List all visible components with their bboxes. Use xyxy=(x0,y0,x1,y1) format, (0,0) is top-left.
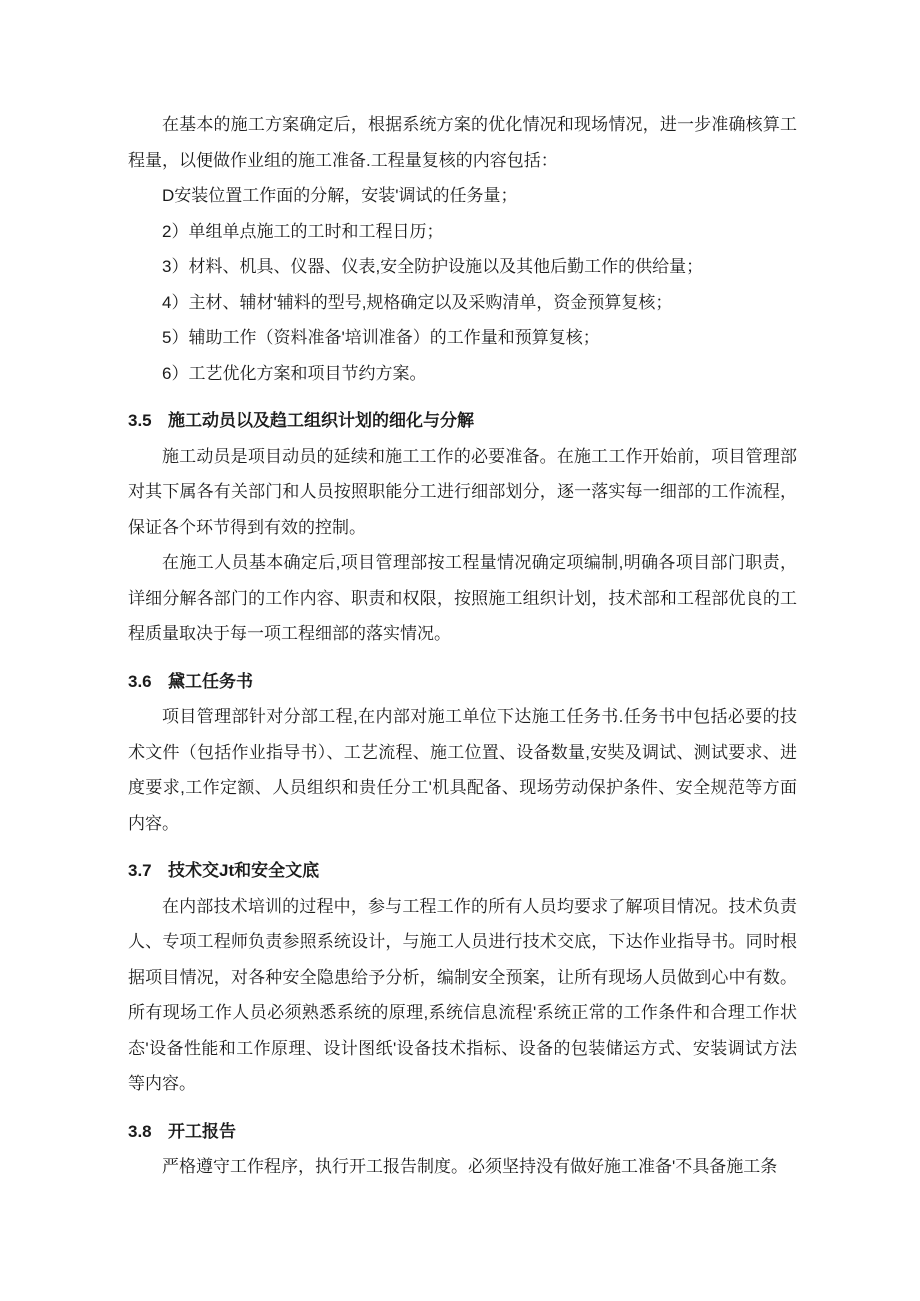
intro-paragraph: 在基本的施工方案确定后，根据系统方案的优化情况和现场情况，进一步准确核算工程量，… xyxy=(128,107,797,178)
section-number: 3.6 xyxy=(128,664,168,700)
section-heading-3-8: 3.8 开工报告 xyxy=(128,1114,797,1150)
section-title: 开工报告 xyxy=(168,1114,797,1150)
section-number: 3.7 xyxy=(128,853,168,889)
section-number: 3.8 xyxy=(128,1114,168,1150)
list-item: 6）工艺优化方案和项目节约方案。 xyxy=(128,356,797,392)
section-title: 黛工任务书 xyxy=(168,664,797,700)
list-item: 3）材料、机具、仪器、仪表,安全防护设施以及其他后勤工作的供给量； xyxy=(128,249,797,285)
section-title: 施工动员以及趋工组织计划的细化与分解 xyxy=(168,403,797,439)
section-heading-3-7: 3.7 技术交Jt和安全文底 xyxy=(128,853,797,889)
document-content: 在基本的施工方案确定后，根据系统方案的优化情况和现场情况，进一步准确核算工程量，… xyxy=(128,107,797,1185)
list-item: 5）辅助工作（资料准备'培训准备）的工作量和预算复核； xyxy=(128,320,797,356)
section-heading-3-5: 3.5 施工动员以及趋工组织计划的细化与分解 xyxy=(128,403,797,439)
body-paragraph: 施工动员是项目动员的延续和施工工作的必要准备。在施工工作开始前，项目管理部对其下… xyxy=(128,439,797,546)
body-paragraph: 严格遵守工作程序，执行开工报告制度。必须坚持没有做好施工准备'不具备施工条 xyxy=(128,1149,797,1185)
section-number: 3.5 xyxy=(128,403,168,439)
list-item: 2）单组单点施工的工时和工程日历； xyxy=(128,214,797,250)
section-title: 技术交Jt和安全文底 xyxy=(168,853,797,889)
body-paragraph: 在内部技术培训的过程中，参与工程工作的所有人员均要求了解项目情况。技术负责人、专… xyxy=(128,889,797,1102)
body-paragraph: 在施工人员基本确定后,项目管理部按工程量情况确定项编制,明确各项目部门职责，详细… xyxy=(128,545,797,652)
section-heading-3-6: 3.6 黛工任务书 xyxy=(128,664,797,700)
list-item: D安装位置工作面的分解，安装'调试的任务量； xyxy=(128,178,797,214)
body-paragraph: 项目管理部针对分部工程,在内部对施工单位下达施工任务书.任务书中包括必要的技术文… xyxy=(128,699,797,841)
list-item: 4）主材、辅材'辅料的型号,规格确定以及采购清单，资金预算复核； xyxy=(128,285,797,321)
document-page: 在基本的施工方案确定后，根据系统方案的优化情况和现场情况，进一步准确核算工程量，… xyxy=(0,0,920,1301)
